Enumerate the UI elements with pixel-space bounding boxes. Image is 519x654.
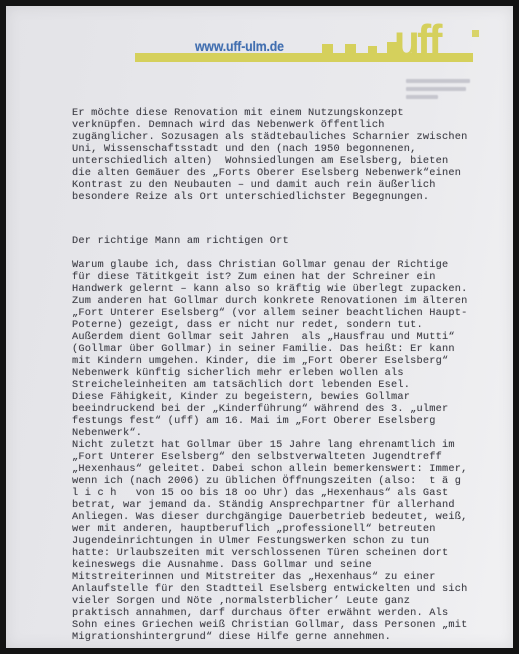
battlement-icon [322,44,333,53]
paper-sheet: www.uff-ulm.de uff Er möchte diese Renov… [6,6,513,648]
paragraph-gollmar-qualities: Warum glaube ich, dass Christian Gollmar… [72,259,468,439]
battlement-icon [345,44,356,53]
fine-print-line [406,95,438,99]
scanned-page: www.uff-ulm.de uff Er möchte diese Renov… [0,0,519,654]
paragraph-renovation-intro: Er möchte diese Renovation mit einem Nut… [72,107,468,203]
fine-print-line [406,79,470,83]
paragraph-hexenhaus: Nicht zuletzt hat Gollmar über 15 Jahre … [72,439,468,643]
logo-dot-icon [472,30,479,37]
section-heading: Der richtige Mann am richtigen Ort [72,235,289,247]
fine-print-line [406,87,466,91]
battlement-icon [368,46,377,53]
uff-logo: uff [394,20,440,62]
logo-fine-print [406,79,476,103]
website-url: www.uff-ulm.de [195,38,284,54]
